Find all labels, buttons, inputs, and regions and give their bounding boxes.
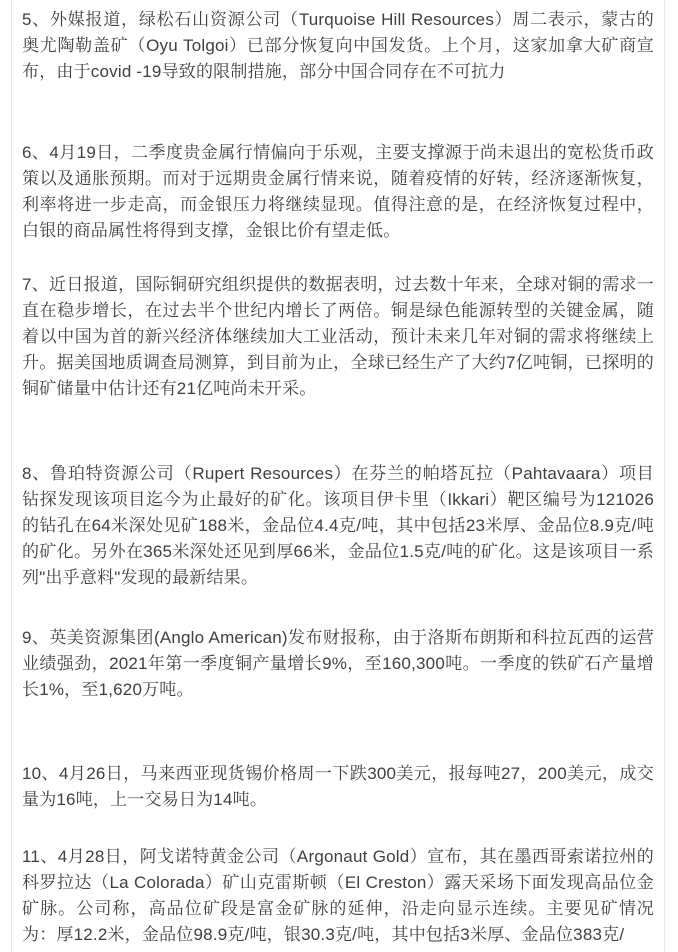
news-item-5: 5、外媒报道，绿松石山资源公司（Turquoise Hill Resources…: [22, 7, 654, 85]
news-item-7: 7、近日报道，国际铜研究组织提供的数据表明，过去数十年来，全球对铜的需求一直在稳…: [22, 272, 654, 402]
news-item-8: 8、鲁珀特资源公司（Rupert Resources）在芬兰的帕塔瓦拉（Paht…: [22, 461, 654, 591]
news-item-9: 9、英美资源集团(Anglo American)发布财报称，由于洛斯布朗斯和科拉…: [22, 625, 654, 703]
page-background: { "page": { "background": "#ffffff", "bo…: [0, 0, 678, 952]
news-item-6: 6、4月19日，二季度贵金属行情偏向于乐观，主要支撑源于尚未退出的宽松货币政策以…: [22, 140, 654, 244]
news-item-11: 11、4月28日，阿戈诺特黄金公司（Argonaut Gold）宣布，其在墨西哥…: [22, 844, 654, 948]
news-item-10: 10、4月26日，马来西亚现货锡价格周一下跌300美元，报每吨27，200美元，…: [22, 761, 654, 813]
news-article: 5、外媒报道，绿松石山资源公司（Turquoise Hill Resources…: [22, 0, 654, 948]
article-content-frame: 5、外媒报道，绿松石山资源公司（Turquoise Hill Resources…: [11, 0, 665, 952]
